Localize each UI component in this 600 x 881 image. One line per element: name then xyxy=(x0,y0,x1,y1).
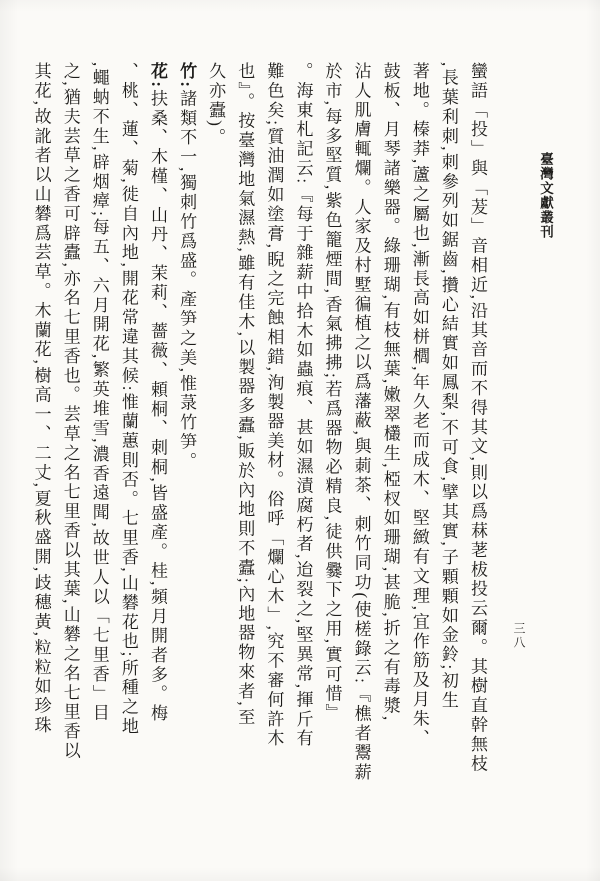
entry-heading: 花: xyxy=(148,62,167,89)
column-text: 鼓板、月琴諸樂器。綠珊瑚,有枝無葉,嫩翠欉生,椏杈如珊瑚,甚脆,折之有毒漿, xyxy=(381,62,400,723)
column-text: 諸類不一,獨刺竹爲盛。產笋之美,惟菉竹笋。 xyxy=(177,89,196,471)
column-text: 蠻語「投」與「茇」音相近,沿其音而不得其文,則以爲菻荖柭投云爾。其樹直幹無枝 xyxy=(468,62,487,774)
column-text: 於市,每多堅質,紫色籠煙間,香氣拂拂;若爲器物必精良,徒供爨下之用,實可惜』 xyxy=(323,62,342,723)
scanned-book-page: 臺灣文獻叢刊 三八 蠻語「投」與「茇」音相近,沿其音而不得其文,則以爲菻荖柭投云… xyxy=(0,0,600,881)
entry-heading: 竹: xyxy=(177,62,196,89)
text-column: 之,猶夫芸草之香可辟蠹,亦名七里香也。芸草之名七里香以其葉,山礬之名七里香以 xyxy=(56,62,85,844)
column-text: ,蠅蚋不生,辟烟瘴;每五、六月開花,繁英堆雪,濃香遠聞,故世人以「七里香」目 xyxy=(90,62,109,723)
column-text: 、桃、蓮、菊,徙自內地,開花常違其候:惟蘭蕙則否。七里香,山礬花也;所種之地 xyxy=(119,62,138,736)
column-text: 其花,故訛者以山礬爲芸草。木蘭花,樹高一、二丈,夏秋盛開,歧穗黃,粒粒如珍珠 xyxy=(32,62,51,735)
text-column-flower-entry: 花:扶桑、木槿、山丹、茉莉、薔薇、頼桐、刺桐,皆盛產。桂,頻月開者多。梅 xyxy=(143,62,172,844)
text-column: 。海東札記云:『每于雜薪中拾木如蟲痕、甚如濕漬腐朽者,迨裂之,堅異常,揮斤有 xyxy=(288,62,317,844)
column-text: 。海東札記云:『每于雜薪中拾木如蟲痕、甚如濕漬腐朽者,迨裂之,堅異常,揮斤有 xyxy=(293,62,312,749)
text-column: 、桃、蓮、菊,徙自內地,開花常違其候:惟蘭蕙則否。七里香,山礬花也;所種之地 xyxy=(114,62,143,844)
text-column: 著地。榛莽,蘆之屬也,漸長高如栟櫚,年久老而成木、堅緻有文理,宜作筋及月朱、 xyxy=(405,62,434,844)
text-column: 其花,故訛者以山礬爲芸草。木蘭花,樹高一、二丈,夏秋盛開,歧穗黃,粒粒如珍珠 xyxy=(27,62,56,844)
text-column-bamboo-entry: 竹:諸類不一,獨刺竹爲盛。產笋之美,惟菉竹笋。 xyxy=(172,62,201,844)
text-column: 鼓板、月琴諸樂器。綠珊瑚,有枝無葉,嫩翠欉生,椏杈如珊瑚,甚脆,折之有毒漿, xyxy=(376,62,405,844)
text-column: 蠻語「投」與「茇」音相近,沿其音而不得其文,則以爲菻荖柭投云爾。其樹直幹無枝 xyxy=(463,62,492,844)
column-text: ,長葉利刺,刺參列如鋸齒,攢心結實如鳳梨,不可食,擘其實,子顆顆如金鈴;初生 xyxy=(439,62,458,710)
column-text: 著地。榛莽,蘆之屬也,漸長高如栟櫚,年久老而成木、堅緻有文理,宜作筋及月朱、 xyxy=(410,62,429,748)
column-text: 久亦蠹)。 xyxy=(206,62,225,148)
series-title: 臺灣文獻叢刊 xyxy=(535,152,555,239)
main-text-block: 蠻語「投」與「茇」音相近,沿其音而不得其文,則以爲菻荖柭投云爾。其樹直幹無枝 ,… xyxy=(26,62,492,844)
column-text: 扶桑、木槿、山丹、茉莉、薔薇、頼桐、刺桐,皆盛產。桂,頻月開者多。梅 xyxy=(148,89,167,723)
column-text: 難色矣;質油潤如塗膏,睨之完蝕相錯,洵製器美材。俗呼「爛心木」,究不審何許木 xyxy=(264,62,283,749)
text-column: 沾人肌膚輒爛。人家及村墅徧植之以爲藩蔽,與莿茶、刺竹同功(使槎錄云:『樵者鬻薪 xyxy=(347,62,376,844)
text-column: 也』。按臺灣地氣濕熱,雖有佳木,以製器多蠹,販於內地則不蠹;內地器物來者,至 xyxy=(230,62,259,844)
column-text: 也』。按臺灣地氣濕熱,雖有佳木,以製器多蠹,販於內地則不蠹;內地器物來者,至 xyxy=(235,62,254,727)
column-text: 之,猶夫芸草之香可辟蠹,亦名七里香也。芸草之名七里香以其葉,山礬之名七里香以 xyxy=(61,62,80,761)
text-column: 難色矣;質油潤如塗膏,睨之完蝕相錯,洵製器美材。俗呼「爛心木」,究不審何許木 xyxy=(259,62,288,844)
text-column: 久亦蠹)。 xyxy=(201,62,230,844)
text-column: 於市,每多堅質,紫色籠煙間,香氣拂拂;若爲器物必精良,徒供爨下之用,實可惜』 xyxy=(317,62,346,844)
page-number: 三八 xyxy=(511,622,528,650)
text-column: ,長葉利刺,刺參列如鋸齒,攢心結實如鳳梨,不可食,擘其實,子顆顆如金鈴;初生 xyxy=(434,62,463,844)
text-column: ,蠅蚋不生,辟烟瘴;每五、六月開花,繁英堆雪,濃香遠聞,故世人以「七里香」目 xyxy=(85,62,114,844)
column-text: 沾人肌膚輒爛。人家及村墅徧植之以爲藩蔽,與莿茶、刺竹同功(使槎錄云:『樵者鬻薪 xyxy=(352,62,371,782)
